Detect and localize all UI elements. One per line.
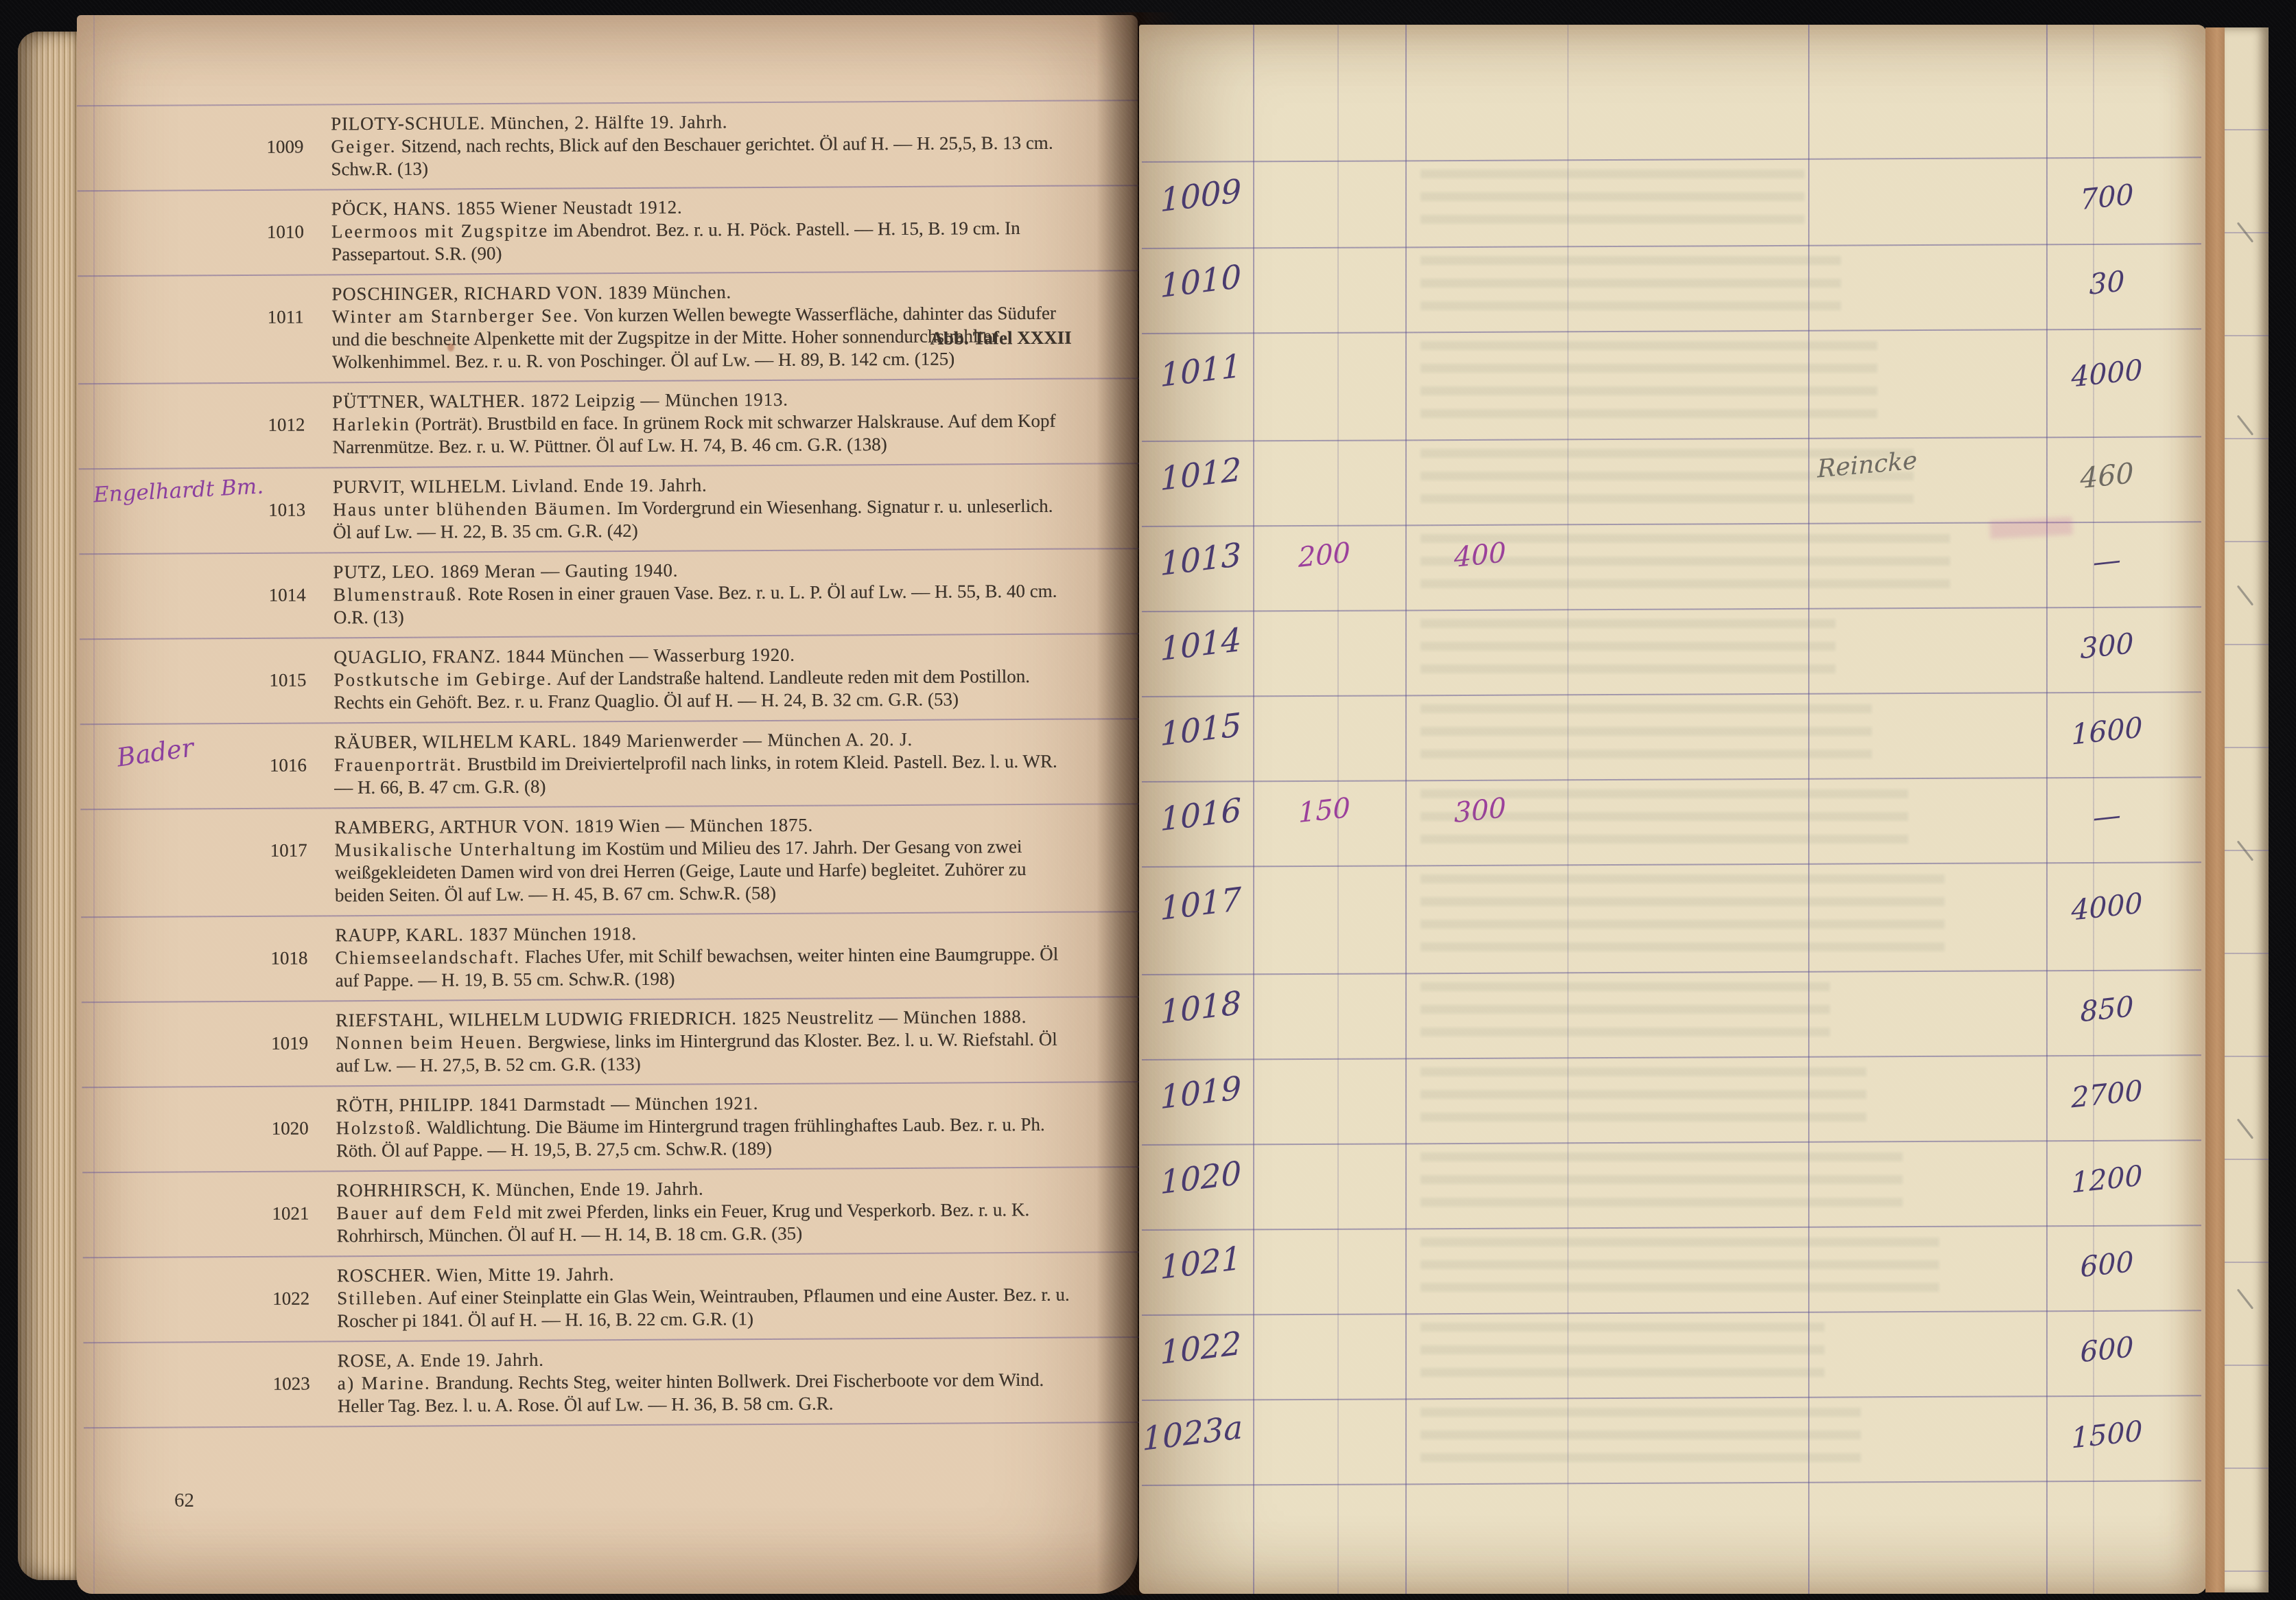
entry-description-text: (Porträt). Brustbild en face. In grünem … — [333, 410, 1056, 458]
ledger-lot-number: 1013 — [1160, 536, 1242, 584]
entry-description: Nonnen beim Heuen. Bergwiese, links im H… — [336, 1028, 1077, 1078]
ledger-lot-number: 1018 — [1160, 984, 1242, 1032]
ledger-row-rule — [1142, 691, 2201, 697]
entry-work-title: a) Marine. — [338, 1373, 432, 1394]
entry-description-text: Auf einer Steinplatte ein Glas Wein, Wei… — [337, 1284, 1070, 1332]
entry-description: Stilleben. Auf einer Steinplatte ein Gla… — [337, 1284, 1078, 1333]
ledger-row-rule — [1142, 861, 2201, 868]
ledger-price: 30 — [2050, 261, 2164, 305]
page-fold-edge — [2205, 27, 2225, 1592]
ledger-row-rule — [1142, 1054, 2201, 1060]
entry-lot-number: 1012 — [268, 413, 327, 436]
show-through-text — [1420, 874, 1945, 963]
entry-work-title: Haus unter blühenden Bäumen. — [333, 498, 613, 520]
catalog-entry: ROHRHIRSCH, K. München, Ende 19. Jahrh.1… — [82, 1168, 1144, 1258]
entry-description: Holzstoß. Waldlichtung. Die Bäume im Hin… — [336, 1113, 1077, 1163]
entry-artist: POSCHINGER, RICHARD VON. 1839 München. — [331, 279, 1073, 306]
entry-description: Haus unter blühenden Bäumen. Im Vordergr… — [333, 495, 1074, 544]
catalog-entry: ROSE, A. Ende 19. Jahrh.1023a) Marine. B… — [83, 1338, 1145, 1428]
ledger-row-rule — [1142, 436, 2201, 442]
catalog-entry: PÜTTNER, WALTHER. 1872 Leipzig — München… — [78, 379, 1140, 469]
ledger-lot-number: 1017 — [1160, 881, 1242, 929]
show-through-text — [1420, 704, 1872, 770]
ledger-lot-number: 1022 — [1160, 1325, 1242, 1373]
ledger-rows: 1009700101030101140001012Reincke46010132… — [1139, 25, 2207, 1594]
entry-work-title: Frauenporträt. — [334, 754, 462, 775]
ledger-price: 600 — [2050, 1327, 2164, 1372]
show-through-text — [1420, 1152, 1903, 1218]
entry-description: Chiemseelandschaft. Flaches Ufer, mit Sc… — [335, 943, 1076, 993]
entry-lot-number: 1023 — [273, 1372, 332, 1395]
entry-lot-number: 1009 — [266, 135, 325, 158]
entry-description: Frauenporträt. Brustbild im Dreiviertelp… — [334, 750, 1075, 800]
entry-description: a) Marine. Brandung. Rechts Steg, weiter… — [338, 1369, 1079, 1418]
ledger-row-rule — [1142, 1310, 2201, 1316]
ledger-price: 4000 — [2050, 351, 2164, 395]
entry-lot-number: 1014 — [269, 583, 328, 606]
ledger-row-rule — [1142, 969, 2201, 975]
show-through-text — [1420, 341, 1877, 430]
entry-description-text: Sitzend, nach rechts, Blick auf den Besc… — [331, 132, 1053, 180]
show-through-text — [1420, 170, 1805, 237]
entry-work-title: Postkutsche im Gebirge. — [333, 669, 553, 691]
ledger-lot-number: 1020 — [1160, 1155, 1242, 1203]
show-through-text — [1420, 619, 1836, 685]
catalog-entry: ROSCHER. Wien, Mitte 19. Jahrh.1022Still… — [83, 1253, 1145, 1343]
ledger-price: 1600 — [2050, 709, 2164, 754]
catalog-entry: POSCHINGER, RICHARD VON. 1839 München.10… — [78, 271, 1139, 384]
catalog-entry: PÖCK, HANS. 1855 Wiener Neustadt 1912.10… — [78, 186, 1139, 277]
ledger-lot-number: 1021 — [1160, 1240, 1242, 1288]
catalog-entry: RAUPP, KARL. 1837 München 1918.1018Chiem… — [81, 912, 1143, 1003]
entry-work-title: Winter am Starnberger See. — [332, 305, 580, 327]
catalog-page-left: PILOTY-SCHULE. München, 2. Hälfte 19. Ja… — [77, 15, 1138, 1594]
entry-work-title: Harlekin — [332, 414, 410, 435]
ledger-lot-number: 1014 — [1160, 621, 1242, 669]
ledger-price: — — [2050, 794, 2164, 839]
ledger-price: 600 — [2050, 1242, 2164, 1287]
ledger-lot-number: 1009 — [1160, 172, 1242, 220]
entry-description: Geiger. Sitzend, nach rechts, Blick auf … — [331, 132, 1072, 181]
ledger-row-rule — [1142, 243, 2201, 249]
entry-description: Harlekin (Porträt). Brustbild en face. I… — [332, 410, 1073, 459]
entry-work-title: Chiemseelandschaft. — [335, 947, 520, 968]
catalog-entry: QUAGLIO, FRANZ. 1844 München — Wasserbur… — [80, 634, 1141, 725]
entry-artist: RIEFSTAHL, WILHELM LUDWIG FRIEDRICH. 182… — [336, 1006, 1077, 1032]
entry-description: Postkutsche im Gebirge. Auf der Landstra… — [333, 665, 1075, 715]
ledger-lot-number: 1019 — [1160, 1069, 1242, 1117]
ledger-lot-number: 1011 — [1160, 347, 1242, 395]
page-edges-stack — [18, 32, 80, 1580]
ledger-price: 2700 — [2050, 1072, 2164, 1117]
entry-artist: RÖTH, PHILIPP. 1841 Darmstadt — München … — [336, 1091, 1077, 1117]
entry-lot-number: 1010 — [267, 220, 326, 243]
entry-description: Musikalische Unterhaltung im Kostüm und … — [335, 835, 1077, 907]
ledger-lot-number: 1015 — [1160, 706, 1242, 754]
ledger-price: 1200 — [2050, 1157, 2164, 1202]
entry-lot-number: 1016 — [270, 754, 329, 776]
entry-lot-number: 1017 — [270, 839, 329, 861]
catalog-entry: PUTZ, LEO. 1869 Meran — Gauting 1940.101… — [79, 549, 1140, 640]
ledger-row-rule — [1142, 776, 2201, 782]
catalog-entry: RIEFSTAHL, WILHELM LUDWIG FRIEDRICH. 182… — [82, 997, 1143, 1088]
ledger-row-rule — [1142, 1225, 2201, 1231]
entry-work-title: Geiger. — [331, 136, 397, 156]
page-number: 62 — [174, 1489, 194, 1512]
ledger-price: 1500 — [2050, 1413, 2164, 1457]
entry-work-title: Musikalische Unterhaltung — [335, 838, 577, 860]
ledger-lot-number: 1023a — [1142, 1408, 1243, 1459]
entry-description: Blumenstrauß. Rote Rosen in einer grauen… — [333, 580, 1075, 629]
entry-description: Bauer auf dem Feld mit zwei Pferden, lin… — [336, 1198, 1077, 1248]
entry-work-title: Holzstoß. — [336, 1117, 423, 1139]
ledger-price: 460 — [2050, 454, 2164, 498]
ledger-price: 4000 — [2050, 884, 2164, 929]
catalog-entry: RAMBERG, ARTHUR VON. 1819 Wien — München… — [80, 804, 1142, 918]
entry-lot-number: 1011 — [268, 305, 327, 328]
ledger-bid-2: 400 — [1425, 533, 1535, 577]
entry-work-title: Blumenstrauß. — [333, 583, 464, 605]
pencil-tick — [2237, 1288, 2254, 1309]
ledger-row-rule — [1142, 1139, 2201, 1146]
ledger-price: 300 — [2050, 624, 2164, 669]
entry-lot-number: 1021 — [272, 1202, 331, 1225]
entry-work-title: Nonnen beim Heuen. — [336, 1032, 524, 1053]
entry-lot-number: 1018 — [270, 947, 329, 969]
ink-smudge — [1989, 517, 2072, 539]
ledger-bid-1: 200 — [1269, 533, 1379, 577]
pencil-tick — [2237, 585, 2254, 605]
show-through-text — [1420, 1238, 1939, 1303]
ledger-lot-number: 1010 — [1160, 258, 1242, 306]
ledger-price: 700 — [2050, 174, 2164, 219]
ledger-bid-2: 300 — [1425, 789, 1535, 832]
paper-stain — [447, 343, 454, 351]
ledger-row-rule — [1142, 156, 2201, 163]
ledger-row-rule — [1142, 1480, 2201, 1486]
underlying-page-edge — [2225, 27, 2269, 1592]
ledger-page-right: 1009700101030101140001012Reincke46010132… — [1139, 25, 2207, 1594]
ledger-row-rule — [1142, 1395, 2201, 1401]
pencil-tick — [2237, 415, 2254, 435]
entry-lot-number: 1022 — [272, 1287, 331, 1310]
catalog-entry: PILOTY-SCHULE. München, 2. Hälfte 19. Ja… — [77, 100, 1138, 192]
show-through-text — [1420, 1408, 1861, 1474]
entry-work-title: Stilleben. — [337, 1288, 424, 1309]
pencil-tick — [2237, 840, 2254, 861]
entry-work-title: Leermoos mit Zugspitze — [331, 220, 549, 242]
entry-lot-number: 1019 — [271, 1032, 330, 1054]
entry-lot-number: 1020 — [272, 1117, 331, 1139]
catalog-entry: RÄUBER, WILHELM KARL. 1849 Marienwerder … — [80, 719, 1142, 810]
ledger-lot-number: 1012 — [1160, 451, 1242, 499]
entry-lot-number: 1015 — [269, 669, 328, 691]
plate-reference: Abb. Tafel XXXII — [930, 327, 1071, 350]
ledger-lot-number: 1016 — [1160, 791, 1242, 839]
ledger-row-rule — [1142, 328, 2201, 334]
ledger-bid-1: 150 — [1269, 789, 1379, 832]
catalog-entry-list: PILOTY-SCHULE. München, 2. Hälfte 19. Ja… — [77, 100, 1145, 1428]
auction-catalog-scan: PILOTY-SCHULE. München, 2. Hälfte 19. Ja… — [0, 0, 2296, 1600]
pencil-tick — [2237, 222, 2254, 242]
show-through-text — [1420, 982, 1830, 1048]
entry-description-text: Brandung. Rechts Steg, weiter hinten Bol… — [338, 1369, 1044, 1416]
entry-description: Leermoos mit Zugspitze im Abendrot. Bez.… — [331, 217, 1073, 266]
catalog-entry: RÖTH, PHILIPP. 1841 Darmstadt — München … — [82, 1082, 1144, 1173]
show-through-text — [1420, 1067, 1866, 1133]
entry-description-text: Waldlichtung. Die Bäume im Hintergrund t… — [336, 1114, 1045, 1161]
ledger-price: — — [2050, 539, 2164, 583]
show-through-text — [1420, 1323, 1825, 1389]
pencil-tick — [2237, 1118, 2254, 1139]
entry-work-title: Bauer auf dem Feld — [336, 1202, 513, 1223]
ledger-buyer-note: Reincke — [1817, 446, 1918, 483]
ledger-row-rule — [1142, 606, 2201, 612]
show-through-text — [1420, 256, 1841, 322]
ledger-price: 850 — [2050, 987, 2164, 1032]
entry-lot-number: 1013 — [268, 498, 327, 521]
